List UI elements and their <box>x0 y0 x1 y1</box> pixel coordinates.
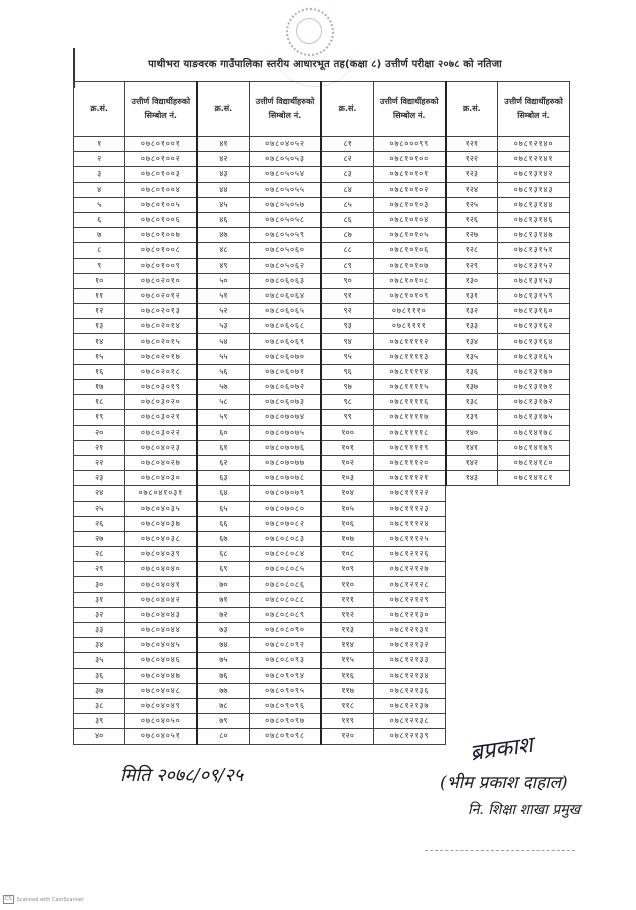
symbol-number-cell: ०७८०२०१४ <box>125 319 197 334</box>
serial-number-cell: २३ <box>74 471 125 486</box>
symbol-number-cell: ०७८१२१२७ <box>373 562 445 577</box>
table-row: १००७८०२०१०५००७८०६०६३९००७८१०१०८१३००७८१३१५… <box>74 273 570 288</box>
serial-number-cell: ११२ <box>321 607 373 622</box>
symbol-number-cell: ०७८०४०४९ <box>125 698 197 713</box>
serial-number-cell: ३६ <box>74 668 125 683</box>
empty-cell <box>446 638 498 653</box>
symbol-number-cell: ०७८११११ <box>373 319 445 334</box>
serial-number-cell: ३ <box>74 167 125 182</box>
symbol-number-cell: ०७८०१००७ <box>125 228 197 243</box>
symbol-number-cell: ०७८१०१०६ <box>373 243 445 258</box>
empty-cell <box>446 653 498 668</box>
table-row: ३०७८०१००३४३०७८०५०५४८३०७८१०१०११२३०७८१३१४२ <box>74 167 570 182</box>
empty-cell <box>498 592 570 607</box>
symbol-number-cell: ०७८१३१४२ <box>498 167 570 182</box>
symbol-number-cell: ०७८११११५ <box>373 380 445 395</box>
symbol-number-cell: ०७८१०१०२ <box>373 182 445 197</box>
header-symbol-number: उत्तीर्ण विद्यार्थीहरुको सिम्बोल नं. <box>249 82 321 137</box>
symbol-number-cell: ०७८१२१४१ <box>498 152 570 167</box>
symbol-number-cell: ०७८१२१३१ <box>373 623 445 638</box>
empty-cell <box>446 531 498 546</box>
symbol-number-cell: ०७८११११४ <box>373 364 445 379</box>
symbol-number-cell: ०७८०४०४७ <box>125 668 197 683</box>
serial-number-cell: ७८ <box>197 698 249 713</box>
symbol-number-cell: ०७८०४०४४ <box>125 623 197 638</box>
serial-number-cell: १०० <box>321 425 373 440</box>
symbol-number-cell: ०७८०५०५३ <box>249 152 321 167</box>
symbol-number-cell: ०७८०४०३५ <box>125 501 197 516</box>
symbol-number-cell: ०७८१२१३४ <box>373 668 445 683</box>
header-symbol-number: उत्तीर्ण विद्यार्थीहरुको सिम्बोल नं. <box>498 82 570 137</box>
symbol-number-cell: ०७८१०१०० <box>373 152 445 167</box>
serial-number-cell: ४८ <box>197 243 249 258</box>
results-table-body: १०७८०१००१४१०७८०४०५२८१०७८०००९९१२१०७८१२१४०… <box>74 137 570 745</box>
serial-number-cell: ६० <box>197 425 249 440</box>
empty-cell <box>446 577 498 592</box>
symbol-number-cell: ०७८०९०९८ <box>249 729 321 744</box>
symbol-number-cell: ०७८१३१४६ <box>498 212 570 227</box>
serial-number-cell: ११३ <box>321 623 373 638</box>
signature-line <box>425 850 575 851</box>
serial-number-cell: ६४ <box>197 486 249 501</box>
scanner-watermark: CS Scanned with CamScanner <box>3 895 84 904</box>
table-row: २३०७८०४०३०६३०७८०७०७८१०३०७८१११२११४३०७८१४१… <box>74 471 570 486</box>
symbol-number-cell: ०७८१४१७९ <box>498 440 570 455</box>
header-symbol-number: उत्तीर्ण विद्यार्थीहरुको सिम्बोल नं. <box>125 82 197 137</box>
symbol-number-cell: ०७८१३१७२ <box>498 395 570 410</box>
serial-number-cell: १११ <box>321 592 373 607</box>
serial-number-cell: ७७ <box>197 683 249 698</box>
symbol-number-cell: ०७८१३१४४ <box>498 197 570 212</box>
symbol-number-cell: ०७८०८०८६ <box>249 577 321 592</box>
symbol-number-cell: ०७८०९०९५ <box>249 683 321 698</box>
table-row: २९०७८०४०४०६९०७८०८०८५१०९०७८१२१२७ <box>74 562 570 577</box>
symbol-number-cell: ०७८१११० <box>373 304 445 319</box>
serial-number-cell: ६५ <box>197 501 249 516</box>
symbol-number-cell: ०७८०३०२२ <box>125 425 197 440</box>
serial-number-cell: ६८ <box>197 547 249 562</box>
camscanner-logo-icon: CS <box>3 895 14 904</box>
serial-number-cell: ८२ <box>321 152 373 167</box>
symbol-number-cell: ०७८०७०७७ <box>249 455 321 470</box>
serial-number-cell: ११६ <box>321 668 373 683</box>
empty-cell <box>498 501 570 516</box>
symbol-number-cell: ०७८०५०६० <box>249 243 321 258</box>
empty-cell <box>498 516 570 531</box>
symbol-number-cell: ०७८०६०७१ <box>249 364 321 379</box>
empty-cell <box>446 501 498 516</box>
serial-number-cell: ९९ <box>321 410 373 425</box>
serial-number-cell: ८ <box>74 243 125 258</box>
symbol-number-cell: ०७८०८०९२ <box>249 638 321 653</box>
header-serial-number: क्र.सं. <box>446 82 498 137</box>
empty-cell <box>498 623 570 638</box>
symbol-number-cell: ०७८०४०४३ <box>125 607 197 622</box>
symbol-number-cell: ०७८१११२१ <box>373 471 445 486</box>
serial-number-cell: १३९ <box>446 410 498 425</box>
date-handwritten: मिति २०७८/०९/२५ <box>120 763 243 787</box>
serial-number-cell: १३२ <box>446 304 498 319</box>
serial-number-cell: १२५ <box>446 197 498 212</box>
symbol-number-cell: ०७८०४०४२ <box>125 592 197 607</box>
serial-number-cell: १५ <box>74 349 125 364</box>
table-row: ८०७८०१००८४८०७८०५०६०८८०७८१०१०६१२८०७८१३१५१ <box>74 243 570 258</box>
serial-number-cell: १० <box>74 273 125 288</box>
serial-number-cell: १४ <box>74 334 125 349</box>
table-row: २२०७८०४०२७६२०७८०७०७७१०२०७८१११२०१४२०७८१४१… <box>74 455 570 470</box>
serial-number-cell: ३४ <box>74 638 125 653</box>
serial-number-cell: ८६ <box>321 212 373 227</box>
table-row: ३९०७८०४०५०७९०७८०९०९७११९०७८१२१३८ <box>74 714 570 729</box>
symbol-number-cell: ०७८१२१३७ <box>373 698 445 713</box>
empty-cell <box>498 577 570 592</box>
serial-number-cell: ७ <box>74 228 125 243</box>
serial-number-cell: १०२ <box>321 455 373 470</box>
empty-cell <box>446 486 498 501</box>
serial-number-cell: ५५ <box>197 349 249 364</box>
serial-number-cell: १२३ <box>446 167 498 182</box>
empty-cell <box>498 562 570 577</box>
serial-number-cell: २९ <box>74 562 125 577</box>
symbol-number-cell: ०७८०१००२ <box>125 152 197 167</box>
symbol-number-cell: ०७८११११७ <box>373 410 445 425</box>
empty-cell <box>446 683 498 698</box>
symbol-number-cell: ०७८१११२२ <box>373 486 445 501</box>
symbol-number-cell: ०७८१३१७१ <box>498 380 570 395</box>
serial-number-cell: ७६ <box>197 668 249 683</box>
symbol-number-cell: ०७८०३०२१ <box>125 410 197 425</box>
symbol-number-cell: ०७८०१००६ <box>125 212 197 227</box>
symbol-number-cell: ०७८०४०३० <box>125 471 197 486</box>
table-row: ५०७८०१००५४५०७८०५०५७८५०७८१०१०३१२५०७८१३१४४ <box>74 197 570 212</box>
serial-number-cell: ३० <box>74 577 125 592</box>
symbol-number-cell: ०७८०५०५४ <box>249 167 321 182</box>
symbol-number-cell: ०७८०८०८३ <box>249 531 321 546</box>
empty-cell <box>498 698 570 713</box>
table-row: ९०७८०१००९४९०७८०५०६२८९०७८१०१०७१२९०७८१३१५२ <box>74 258 570 273</box>
table-row: ११०७८०२०१२५१०७८०६०६४९१०७८१०१०९१३१०७८१३१५… <box>74 288 570 303</box>
symbol-number-cell: ०७८०४०४१ <box>125 577 197 592</box>
symbol-number-cell: ०७८०७०७५ <box>249 425 321 440</box>
serial-number-cell: २४ <box>74 486 125 501</box>
symbol-number-cell: ०७८०८०८४ <box>249 547 321 562</box>
symbol-number-cell: ०७८०८०८८ <box>249 592 321 607</box>
serial-number-cell: ७२ <box>197 607 249 622</box>
serial-number-cell: ४४ <box>197 182 249 197</box>
serial-number-cell: ५१ <box>197 288 249 303</box>
serial-number-cell: १९ <box>74 410 125 425</box>
serial-number-cell: ११९ <box>321 714 373 729</box>
serial-number-cell: १३१ <box>446 288 498 303</box>
symbol-number-cell: ०७८०७०८० <box>249 501 321 516</box>
symbol-number-cell: ०७८१११२४ <box>373 516 445 531</box>
symbol-number-cell: ०७८१०१०८ <box>373 273 445 288</box>
symbol-number-cell: ०७८०४०३९ <box>125 547 197 562</box>
serial-number-cell: १२६ <box>446 212 498 227</box>
symbol-number-cell: ०७८१०१०३ <box>373 197 445 212</box>
symbol-number-cell: ०७८१३१६२ <box>498 319 570 334</box>
serial-number-cell: १०५ <box>321 501 373 516</box>
empty-cell <box>498 714 570 729</box>
symbol-number-cell: ०७८१०१०१ <box>373 167 445 182</box>
serial-number-cell: ९१ <box>321 288 373 303</box>
table-row: १०७८०१००१४१०७८०४०५२८१०७८०००९९१२१०७८१२१४० <box>74 137 570 152</box>
empty-cell <box>446 592 498 607</box>
symbol-number-cell: ०७८०३०१९ <box>125 380 197 395</box>
serial-number-cell: ९६ <box>321 364 373 379</box>
symbol-number-cell: ०७८०८०९० <box>249 623 321 638</box>
symbol-number-cell: ०७८०१००५ <box>125 197 197 212</box>
serial-number-cell: १४० <box>446 425 498 440</box>
table-row: ३५०७८०४०४६७५०७८०८०९३११५०७८१२१३३ <box>74 653 570 668</box>
serial-number-cell: २५ <box>74 501 125 516</box>
symbol-number-cell: ०७८१२१३६ <box>373 683 445 698</box>
serial-number-cell: ७३ <box>197 623 249 638</box>
serial-number-cell: ११५ <box>321 653 373 668</box>
table-row: २१०७८०४०२३६१०७८०७०७६१०१०७८११११९१४१०७८१४१… <box>74 440 570 455</box>
symbol-number-cell: ०७८०६०७० <box>249 349 321 364</box>
serial-number-cell: ८९ <box>321 258 373 273</box>
table-row: ३३०७८०४०४४७३०७८०८०९०११३०७८१२१३१ <box>74 623 570 638</box>
serial-number-cell: १३४ <box>446 334 498 349</box>
symbol-number-cell: ०७८०१००४ <box>125 182 197 197</box>
serial-number-cell: ९३ <box>321 319 373 334</box>
table-row: ३००७८०४०४१७००७८०८०८६११००७८१२१२८ <box>74 577 570 592</box>
table-row: ४०७८०१००४४४०७८०५०५५८४०७८१०१०२१२४०७८१३१४३ <box>74 182 570 197</box>
empty-cell <box>498 668 570 683</box>
table-row: ६०७८०१००६४६०७८०५०५८८६०७८१०१०४१२६०७८१३१४६ <box>74 212 570 227</box>
serial-number-cell: १०४ <box>321 486 373 501</box>
empty-cell <box>446 607 498 622</box>
symbol-number-cell: ०७८१३१७० <box>498 364 570 379</box>
symbol-number-cell: ०७८१०१०४ <box>373 212 445 227</box>
symbol-number-cell: ०७८०६०६८ <box>249 319 321 334</box>
symbol-number-cell: ०७८०१००३ <box>125 167 197 182</box>
serial-number-cell: १४३ <box>446 471 498 486</box>
symbol-number-cell: ०७८१३१६४ <box>498 334 570 349</box>
symbol-number-cell: ०७८०८०८९ <box>249 607 321 622</box>
serial-number-cell: २८ <box>74 547 125 562</box>
document-title: पाथीभरा याङवरक गाउँपालिका स्तरीय आधारभूत… <box>75 56 575 70</box>
table-row: २००७८०३०२२६००७८०७०७५१०००७८११११८१४००७८१४१… <box>74 425 570 440</box>
serial-number-cell: २० <box>74 425 125 440</box>
serial-number-cell: २१ <box>74 440 125 455</box>
symbol-number-cell: ०७८०१००९ <box>125 258 197 273</box>
symbol-number-cell: ०७८०७०८२ <box>249 516 321 531</box>
serial-number-cell: ५९ <box>197 410 249 425</box>
symbol-number-cell: ०७८०९०९६ <box>249 698 321 713</box>
serial-number-cell: १०९ <box>321 562 373 577</box>
serial-number-cell: ७४ <box>197 638 249 653</box>
serial-number-cell: १४१ <box>446 440 498 455</box>
signer-name: (भीम प्रकाश दाहाल) <box>440 770 568 793</box>
serial-number-cell: १३ <box>74 319 125 334</box>
symbol-number-cell: ०७८०२०१५ <box>125 334 197 349</box>
symbol-number-cell: ०७८१२१२८ <box>373 577 445 592</box>
serial-number-cell: १२० <box>321 729 373 744</box>
symbol-number-cell: ०७८१३१५१ <box>498 243 570 258</box>
serial-number-cell: ८५ <box>321 197 373 212</box>
serial-number-cell: २७ <box>74 531 125 546</box>
table-row: ३२०७८०४०४३७२०७८०८०८९११२०७८१२१३० <box>74 607 570 622</box>
serial-number-cell: १८ <box>74 395 125 410</box>
symbol-number-cell: ०७८१४१७८ <box>498 425 570 440</box>
serial-number-cell: १३५ <box>446 349 498 364</box>
table-row: १३०७८०२०१४५३०७८०६०६८९३०७८१११११३३०७८१३१६२ <box>74 319 570 334</box>
serial-number-cell: ४ <box>74 182 125 197</box>
serial-number-cell: १२९ <box>446 258 498 273</box>
symbol-number-cell: ०७८०२०१३ <box>125 304 197 319</box>
empty-cell <box>498 683 570 698</box>
serial-number-cell: ६३ <box>197 471 249 486</box>
symbol-number-cell: ०७८०९०९४ <box>249 668 321 683</box>
symbol-number-cell: ०७८१३१४७ <box>498 228 570 243</box>
serial-number-cell: १०७ <box>321 531 373 546</box>
symbol-number-cell: ०७८११११९ <box>373 440 445 455</box>
symbol-number-cell: ०७८१०१०९ <box>373 288 445 303</box>
symbol-number-cell: ०७८०२०१० <box>125 273 197 288</box>
symbol-number-cell: ०७८१३१५२ <box>498 258 570 273</box>
serial-number-cell: १६ <box>74 364 125 379</box>
table-row: २०७८०१००२४२०७८०५०५३८२०७८१०१००१२२०७८१२१४१ <box>74 152 570 167</box>
serial-number-cell: ४३ <box>197 167 249 182</box>
serial-number-cell: ६२ <box>197 455 249 470</box>
table-row: २८०७८०४०३९६८०७८०८०८४१०८०७८१२१२६ <box>74 547 570 562</box>
serial-number-cell: ९५ <box>321 349 373 364</box>
symbol-number-cell: ०७८१३१६० <box>498 304 570 319</box>
table-row: ७०७८०१००७४७०७८०५०५९८७०७८१०१०५१२७०७८१३१४७ <box>74 228 570 243</box>
empty-cell <box>446 562 498 577</box>
symbol-number-cell: ०७८०४०५१ <box>125 729 197 744</box>
symbol-number-cell: ०७८१३१७५ <box>498 410 570 425</box>
symbol-number-cell: ०७८१३१६५ <box>498 349 570 364</box>
symbol-number-cell: ०७८१२१३२ <box>373 638 445 653</box>
symbol-number-cell: ०७८०४०४५ <box>125 638 197 653</box>
symbol-number-cell: ०७८०२०१७ <box>125 349 197 364</box>
serial-number-cell: ६७ <box>197 531 249 546</box>
serial-number-cell: ३२ <box>74 607 125 622</box>
symbol-number-cell: ०७८१३१५३ <box>498 273 570 288</box>
serial-number-cell: ८१ <box>321 137 373 152</box>
serial-number-cell: ३१ <box>74 592 125 607</box>
table-header-row: क्र.सं.उत्तीर्ण विद्यार्थीहरुको सिम्बोल … <box>74 82 570 137</box>
symbol-number-cell: ०७८०४०४८ <box>125 683 197 698</box>
table-row: १९०७८०३०२१५९०७८०७०७४९९०७८११११७१३९०७८१३१७… <box>74 410 570 425</box>
table-row: २७०७८०४०३८६७०७८०८०८३१०७०७८१११२५ <box>74 531 570 546</box>
table-row: २४०७८०४१०३१६४०७८०७०७९१०४०७८१११२२ <box>74 486 570 501</box>
serial-number-cell: ९४ <box>321 334 373 349</box>
symbol-number-cell: ०७८०४०५० <box>125 714 197 729</box>
serial-number-cell: ५२ <box>197 304 249 319</box>
empty-cell <box>498 638 570 653</box>
empty-cell <box>446 698 498 713</box>
serial-number-cell: १३३ <box>446 319 498 334</box>
symbol-number-cell: ०७८१११२३ <box>373 501 445 516</box>
symbol-number-cell: ०७८०४०३८ <box>125 531 197 546</box>
serial-number-cell: ७० <box>197 577 249 592</box>
symbol-number-cell: ०७८०८०८५ <box>249 562 321 577</box>
symbol-number-cell: ०७८१०१०५ <box>373 228 445 243</box>
symbol-number-cell: ०७८०७०७६ <box>249 440 321 455</box>
symbol-number-cell: ०७८११११६ <box>373 395 445 410</box>
serial-number-cell: १ <box>74 137 125 152</box>
symbol-number-cell: ०७८०५०६२ <box>249 258 321 273</box>
serial-number-cell: १४२ <box>446 455 498 470</box>
serial-number-cell: ९२ <box>321 304 373 319</box>
symbol-number-cell: ०७८०६०६५ <box>249 304 321 319</box>
serial-number-cell: ५७ <box>197 380 249 395</box>
serial-number-cell: ६९ <box>197 562 249 577</box>
symbol-number-cell: ०७८११११२ <box>373 334 445 349</box>
symbol-number-cell: ०७८१२१३८ <box>373 714 445 729</box>
serial-number-cell: १०३ <box>321 471 373 486</box>
serial-number-cell: ३५ <box>74 653 125 668</box>
empty-cell <box>498 547 570 562</box>
symbol-number-cell: ०७८१३१५९ <box>498 288 570 303</box>
serial-number-cell: ४६ <box>197 212 249 227</box>
symbol-number-cell: ०७८०१००८ <box>125 243 197 258</box>
symbol-number-cell: ०७८०९०९७ <box>249 714 321 729</box>
table-row: ३७०७८०४०४८७७०७८०९०९५११७०७८१२१३६ <box>74 683 570 698</box>
symbol-number-cell: ०७८०७०७४ <box>249 410 321 425</box>
serial-number-cell: ११० <box>321 577 373 592</box>
serial-number-cell: १२ <box>74 304 125 319</box>
empty-cell <box>446 714 498 729</box>
serial-number-cell: ५ <box>74 197 125 212</box>
serial-number-cell: १०८ <box>321 547 373 562</box>
symbol-number-cell: ०७८१३१४३ <box>498 182 570 197</box>
table-row: १५०७८०२०१७५५०७८०६०७०९५०७८११११३१३५०७८१३१६… <box>74 349 570 364</box>
serial-number-cell: ५४ <box>197 334 249 349</box>
serial-number-cell: ३७ <box>74 683 125 698</box>
serial-number-cell: ४० <box>74 729 125 744</box>
symbol-number-cell: ०७८०२०१२ <box>125 288 197 303</box>
serial-number-cell: ८७ <box>321 228 373 243</box>
table-row: ३६०७८०४०४७७६०७८०९०९४११६०७८१२१३४ <box>74 668 570 683</box>
serial-number-cell: १३६ <box>446 364 498 379</box>
table-row: १६०७८०२०१८५६०७८०६०७१९६०७८११११४१३६०७८१३१७… <box>74 364 570 379</box>
symbol-number-cell: ०७८०८०९३ <box>249 653 321 668</box>
symbol-number-cell: ०७८०६०६९ <box>249 334 321 349</box>
results-table: क्र.सं.उत्तीर्ण विद्यार्थीहरुको सिम्बोल … <box>73 81 570 745</box>
serial-number-cell: १२२ <box>446 152 498 167</box>
table-row: ३४०७८०४०४५७४०७८०८०९२११४०७८१२१३२ <box>74 638 570 653</box>
serial-number-cell: १३८ <box>446 395 498 410</box>
serial-number-cell: २६ <box>74 516 125 531</box>
table-row: ३८०७८०४०४९७८०७८०९०९६११८०७८१२१३७ <box>74 698 570 713</box>
serial-number-cell: ८८ <box>321 243 373 258</box>
table-row: २६०७८०४०३७६६०७८०७०८२१०६०७८१११२४ <box>74 516 570 531</box>
serial-number-cell: ३९ <box>74 714 125 729</box>
symbol-number-cell: ०७८०६०७३ <box>249 395 321 410</box>
serial-number-cell: ८४ <box>321 182 373 197</box>
serial-number-cell: ६६ <box>197 516 249 531</box>
serial-number-cell: ९ <box>74 258 125 273</box>
serial-number-cell: ५३ <box>197 319 249 334</box>
serial-number-cell: ११८ <box>321 698 373 713</box>
empty-cell <box>498 653 570 668</box>
empty-cell <box>446 668 498 683</box>
serial-number-cell: ५८ <box>197 395 249 410</box>
symbol-number-cell: ०७८११११३ <box>373 349 445 364</box>
symbol-number-cell: ०७८०२०१८ <box>125 364 197 379</box>
scanner-label: Scanned with CamScanner <box>17 897 84 903</box>
serial-number-cell: ११७ <box>321 683 373 698</box>
table-row: १७०७८०३०१९५७०७८०६०७२९७०७८११११५१३७०७८१३१७… <box>74 380 570 395</box>
serial-number-cell: ६१ <box>197 440 249 455</box>
empty-cell <box>498 607 570 622</box>
signer-title: नि. शिक्षा शाखा प्रमुख <box>468 800 580 819</box>
